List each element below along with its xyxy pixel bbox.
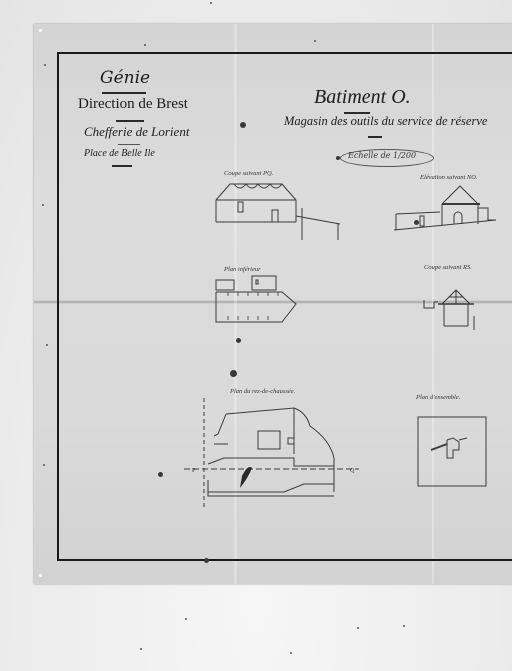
- underline-direction: [116, 120, 144, 122]
- ink-stain: [240, 122, 246, 128]
- underline-genie: [102, 92, 146, 94]
- pin-mark-top-left: [39, 29, 42, 32]
- dust-speck: [185, 618, 187, 620]
- drawing-sheet: Génie Direction de Brest Chefferie de Lo…: [34, 24, 512, 584]
- header-chefferie: Chefferie de Lorient: [84, 124, 189, 140]
- drawing-plan-ensemble: [417, 416, 489, 488]
- drawing-elevation-no: [390, 182, 500, 234]
- label-coupe-rs: Coupe suivant RS.: [424, 264, 472, 271]
- underline-place: [112, 165, 132, 167]
- header-place: Place de Belle Ile: [84, 148, 155, 159]
- mark-q: Q: [350, 468, 355, 474]
- label-coupe-pq: Coupe suivant PQ.: [224, 170, 273, 177]
- subtitle-magasin: Magasin des outils du service de réserve: [284, 114, 487, 129]
- dust-speck: [43, 464, 45, 466]
- header-direction: Direction de Brest: [78, 96, 188, 113]
- dust-speck: [144, 44, 146, 46]
- header-genie: Génie: [100, 68, 150, 88]
- label-plan-rdc: Plan du rez-de-chaussée.: [230, 388, 295, 395]
- scale-label: Echelle de 1/200: [348, 151, 416, 160]
- dust-speck: [42, 204, 44, 206]
- title-batiment: Batiment O.: [314, 86, 411, 109]
- underline-chefferie: [118, 144, 140, 145]
- drawing-coupe-rs: [420, 286, 490, 336]
- label-plan-ensemble: Plan d'ensemble.: [416, 394, 460, 401]
- underline-magasin: [368, 136, 382, 138]
- label-elevation-no: Elévation suivant NO.: [420, 174, 478, 181]
- dust-speck: [210, 2, 212, 4]
- dust-speck: [290, 652, 292, 654]
- pin-mark-bottom-left: [39, 574, 42, 577]
- drawing-coupe-pq: [212, 178, 342, 240]
- dust-speck: [357, 627, 359, 629]
- ink-stain: [158, 472, 163, 477]
- ink-stain: [336, 156, 340, 160]
- dust-speck: [46, 344, 48, 346]
- drawing-plan-rdc: P Q: [184, 396, 364, 511]
- label-plan-inferieur: Plan inférieur: [224, 266, 261, 273]
- dust-speck: [314, 40, 316, 42]
- ink-stain: [236, 338, 241, 343]
- dust-speck: [140, 648, 142, 650]
- ink-stain: [204, 558, 209, 563]
- dust-speck: [44, 64, 46, 66]
- dust-speck: [403, 625, 405, 627]
- ink-stain: [230, 370, 237, 377]
- drawing-plan-inferieur: [212, 274, 302, 328]
- ink-stain: [414, 220, 419, 225]
